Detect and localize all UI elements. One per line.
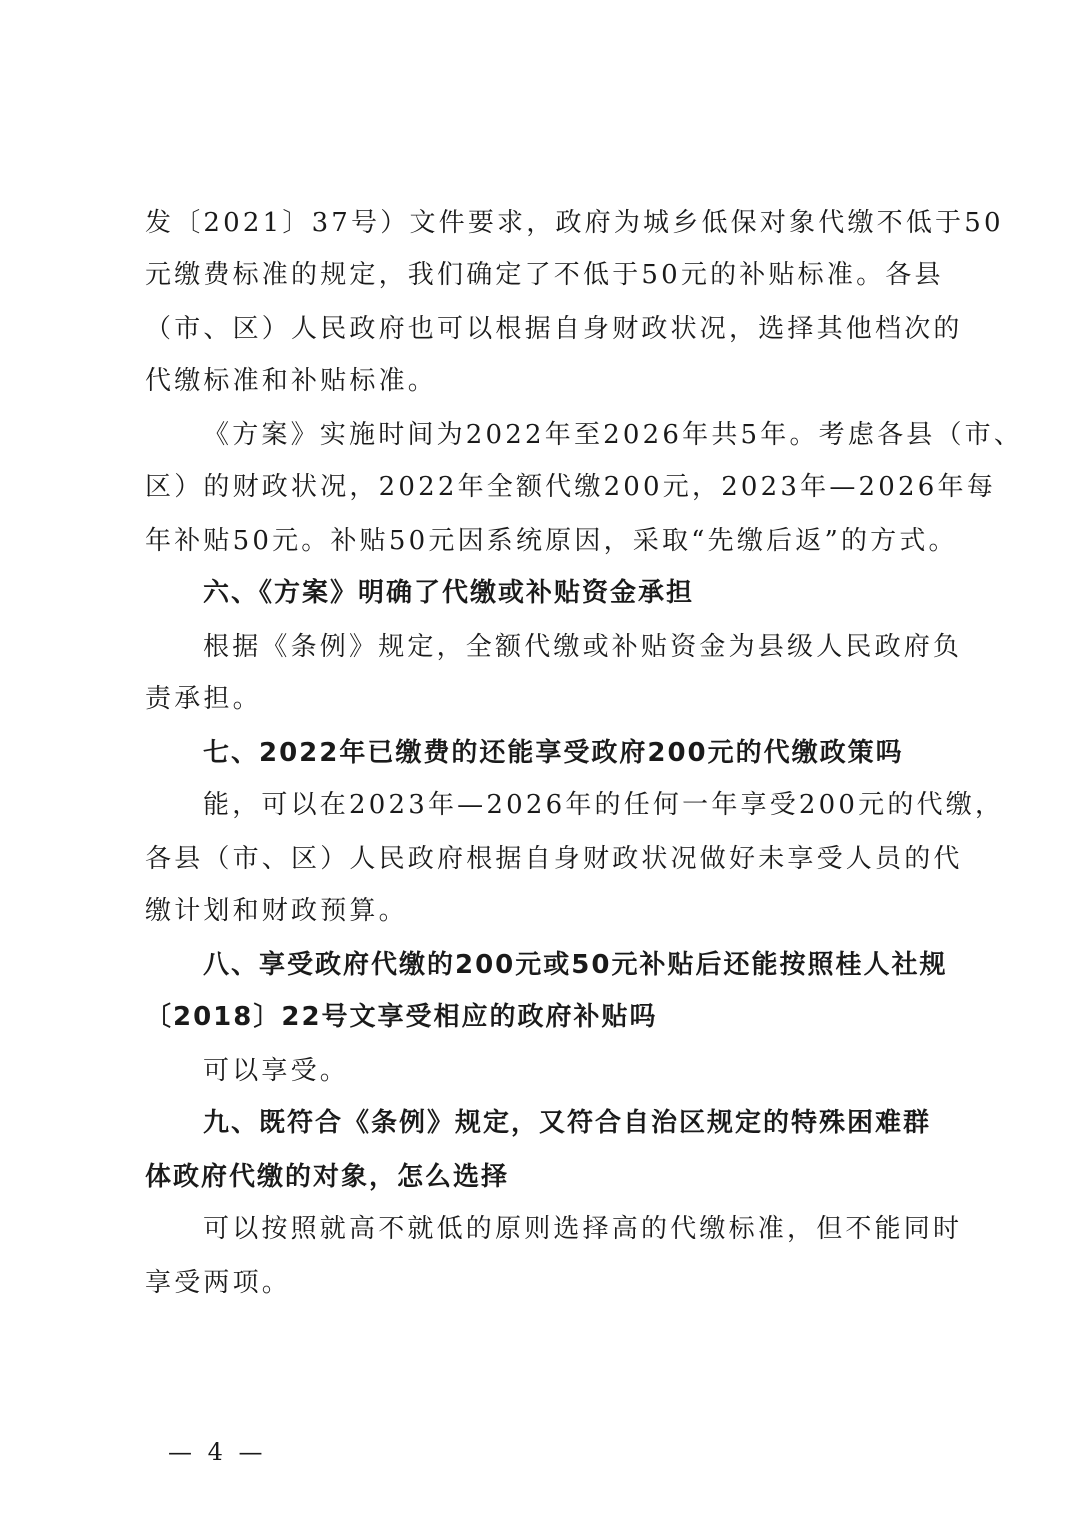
section-heading-6: 六、《方案》明确了代缴或补贴资金承担 xyxy=(203,576,960,610)
body-line: 责承担。 xyxy=(145,682,960,716)
section-heading-8: 八、享受政府代缴的200元或50元补贴后还能按照桂人社规 xyxy=(203,948,960,982)
body-line: 缴计划和财政预算。 xyxy=(145,894,960,928)
section-heading-8-cont: 〔2018〕22号文享受相应的政府补贴吗 xyxy=(145,1000,960,1034)
body-line: （市、区）人民政府也可以根据自身财政状况，选择其他档次的 xyxy=(145,312,960,346)
body-line: 享受两项。 xyxy=(145,1266,960,1300)
body-line: 《方案》实施时间为2022年至2026年共5年。考虑各县（市、 xyxy=(203,418,960,452)
body-line: 元缴费标准的规定，我们确定了不低于50元的补贴标准。各县 xyxy=(145,258,960,292)
body-line: 年补贴50元。补贴50元因系统原因，采取“先缴后返”的方式。 xyxy=(145,524,960,558)
section-heading-9-cont: 体政府代缴的对象，怎么选择 xyxy=(145,1160,960,1194)
body-line: 可以按照就高不就低的原则选择高的代缴标准，但不能同时 xyxy=(203,1212,960,1246)
section-heading-7: 七、2022年已缴费的还能享受政府200元的代缴政策吗 xyxy=(203,736,960,770)
page-number: — 4 — xyxy=(168,1438,267,1466)
body-line: 发〔2021〕37号）文件要求，政府为城乡低保对象代缴不低于50 xyxy=(145,206,960,240)
body-line: 根据《条例》规定，全额代缴或补贴资金为县级人民政府负 xyxy=(203,630,960,664)
body-line: 区）的财政状况，2022年全额代缴200元，2023年—2026年每 xyxy=(145,470,960,504)
document-page: 发〔2021〕37号）文件要求，政府为城乡低保对象代缴不低于50 元缴费标准的规… xyxy=(0,0,1074,1520)
section-heading-9: 九、既符合《条例》规定，又符合自治区规定的特殊困难群 xyxy=(203,1106,960,1140)
body-line: 代缴标准和补贴标准。 xyxy=(145,364,960,398)
body-line: 各县（市、区）人民政府根据自身财政状况做好未享受人员的代 xyxy=(145,842,960,876)
body-line: 能，可以在2023年—2026年的任何一年享受200元的代缴， xyxy=(203,788,960,822)
body-line: 可以享受。 xyxy=(203,1054,960,1088)
